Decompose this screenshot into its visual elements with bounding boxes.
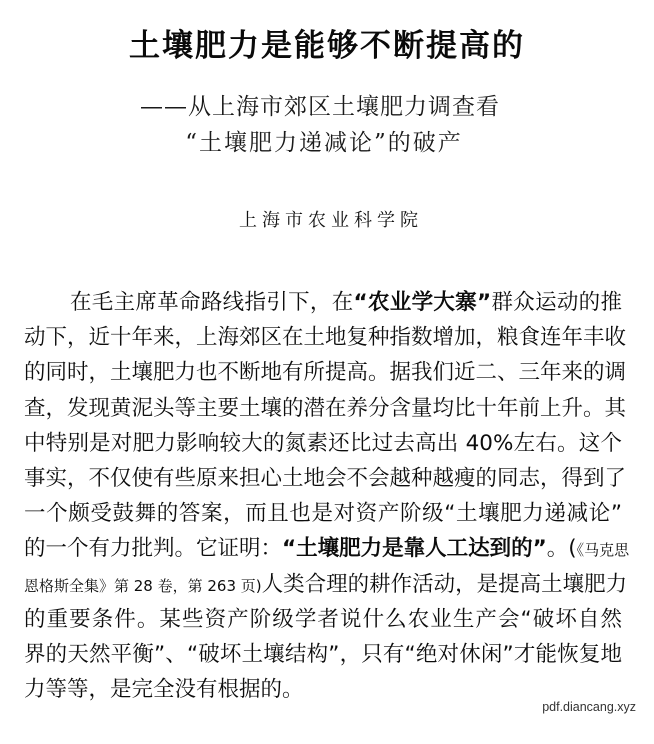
quoted-slogan: “农业学大寨” xyxy=(354,290,492,315)
body-line-3: 的同时，土壤肥力也不断地有所提高。据我们近二、三年来的调 xyxy=(24,355,622,390)
text-segment: 在毛主席革命路线指引下，在 xyxy=(70,290,354,315)
body-line-12: 力等等，是完全没有根据的。 xyxy=(24,672,622,707)
body-line-7: 一个颇受鼓舞的答案，而且也是对资产阶级“土壤肥力递减论” xyxy=(24,496,622,531)
body-line-4: 查，发现黄泥头等主要土壤的潜在养分含量均比十年前上升。其 xyxy=(24,391,622,426)
citation-text: 恩格斯全集》第 28 卷，第 263 页) xyxy=(24,577,262,595)
body-line-10: 的重要条件。某些资产阶级学者说什么农业生产会“破坏自然 xyxy=(24,602,622,637)
text-segment: 。( xyxy=(547,536,577,561)
body-line-2: 动下，近十年来，上海郊区在土地复种指数增加，粮食连年丰收 xyxy=(24,320,622,355)
body-line-8: 的一个有力批判。它证明：“土壤肥力是靠人工达到的”。(《马克思 xyxy=(24,531,622,566)
quotation-bold: “土壤肥力是靠人工达到的” xyxy=(282,536,547,561)
document-page: 土壤肥力是能够不断提高的 ——从上海市郊区土壤肥力调查看 “土壤肥力递减论”的破… xyxy=(0,0,654,744)
article-title: 土壤肥力是能够不断提高的 xyxy=(0,26,654,66)
body-line-9: 恩格斯全集》第 28 卷，第 263 页)人类合理的耕作活动，是提高土壤肥力 xyxy=(24,567,622,602)
source-watermark: pdf.diancang.xyz xyxy=(542,700,636,714)
body-line-11: 界的天然平衡”、“破坏土壤结构”，只有“绝对休闲”才能恢复地 xyxy=(24,637,622,672)
subtitle-line-1: ——从上海市郊区土壤肥力调查看 xyxy=(0,92,654,122)
body-line-5: 中特别是对肥力影响较大的氮素还比过去高出 40%左右。这个 xyxy=(24,426,622,461)
citation-text: 《马克思 xyxy=(577,541,630,559)
subtitle-line-2: “土壤肥力递减论”的破产 xyxy=(0,128,654,158)
body-line-6: 事实，不仅使有些原来担心土地会不会越种越瘦的同志，得到了 xyxy=(24,461,622,496)
text-segment: 的一个有力批判。它证明： xyxy=(24,536,282,561)
text-segment: 人类合理的耕作活动，是提高土壤肥力 xyxy=(262,572,628,597)
body-line-1: 在毛主席革命路线指引下，在“农业学大寨”群众运动的推 xyxy=(24,285,622,320)
text-segment: 群众运动的推 xyxy=(491,290,622,315)
author-affiliation: 上海市农业科学院 xyxy=(0,208,654,234)
article-body: 在毛主席革命路线指引下，在“农业学大寨”群众运动的推 动下，近十年来，上海郊区在… xyxy=(24,285,622,707)
